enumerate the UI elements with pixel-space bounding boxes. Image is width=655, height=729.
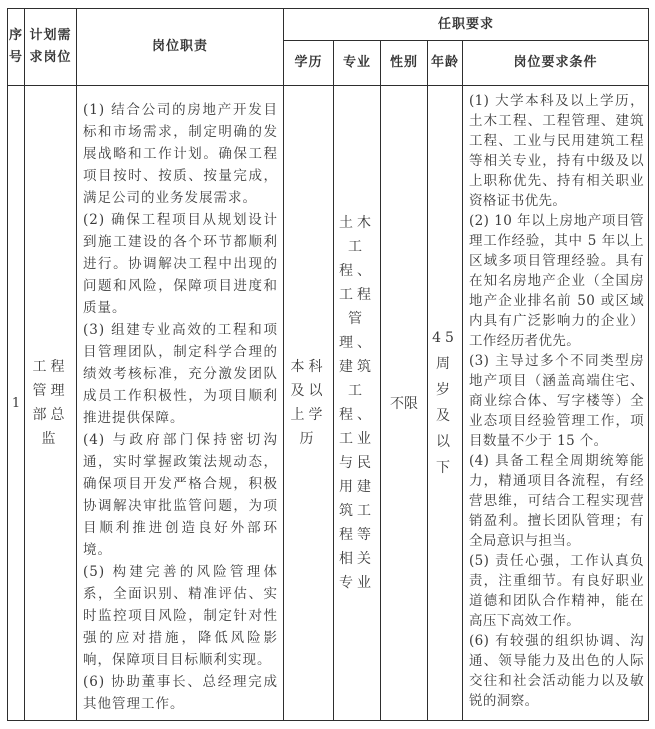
duty-item-5: (5) 构建完善的风险管理体系，全面识别、精准评估、实时监控项目风险，制定针对性… bbox=[83, 561, 278, 671]
condition-item-5: (5) 责任心强，工作认真负责，注重细节。有良好职业道德和团队合作精神，能在高压… bbox=[469, 551, 644, 631]
header-duties: 岗位职责 bbox=[77, 9, 284, 86]
cell-serial-number: 1 bbox=[8, 86, 25, 721]
cell-age: 45周岁及以下 bbox=[428, 86, 463, 721]
header-education: 学历 bbox=[284, 41, 334, 86]
duty-item-4: (4) 与政府部门保持密切沟通，实时掌握政策法规动态，确保项目开发严格合规，积极… bbox=[83, 429, 278, 561]
duty-item-1: (1) 结合公司的房地产开发目标和市场需求，制定明确的发展战略和工作计划。确保工… bbox=[83, 99, 278, 209]
header-serial: 序号 bbox=[8, 9, 25, 86]
table-row: 1 工程管理部总监 (1) 结合公司的房地产开发目标和市场需求，制定明确的发展战… bbox=[8, 86, 649, 721]
condition-item-3: (3) 主导过多个不同类型房地产项目（涵盖高端住宅、商业综合体、写字楼等）全业态… bbox=[469, 351, 644, 451]
condition-item-1: (1) 大学本科及以上学历，土木工程、工程管理、建筑工程、工业与民用建筑工程等相… bbox=[469, 91, 644, 211]
cell-job-duties: (1) 结合公司的房地产开发目标和市场需求，制定明确的发展战略和工作计划。确保工… bbox=[77, 86, 284, 721]
document-page: 序号 计划需求岗位 岗位职责 任职要求 学历 专业 性别 年龄 岗位要求条件 1… bbox=[0, 0, 655, 729]
header-position: 计划需求岗位 bbox=[25, 9, 77, 86]
condition-item-6: (6) 有较强的组织协调、沟通、领导能力及出色的人际交往和社会活动能力以及敏锐的… bbox=[469, 631, 644, 711]
duty-item-3: (3) 组建专业高效的工程和项目管理团队，制定科学合理的绩效考核标准，充分激发团… bbox=[83, 319, 278, 429]
condition-item-4: (4) 具备工程全周期统筹能力，精通项目各流程，有经营思维，可结合工程实现营销盈… bbox=[469, 451, 644, 551]
cell-gender: 不限 bbox=[381, 86, 428, 721]
condition-item-2: (2) 10 年以上房地产项目管理工作经验，其中 5 年以上区域多项目管理经验。… bbox=[469, 211, 644, 351]
cell-position-name: 工程管理部总监 bbox=[25, 86, 77, 721]
cell-education: 本科及以上学历 bbox=[284, 86, 334, 721]
header-requirements-group: 任职要求 bbox=[284, 9, 649, 41]
cell-requirement-conditions: (1) 大学本科及以上学历，土木工程、工程管理、建筑工程、工业与民用建筑工程等相… bbox=[463, 86, 649, 721]
header-age: 年龄 bbox=[428, 41, 463, 86]
cell-major: 土木工程、工程管理、建筑工程、工业与民用建筑工程等相关专业 bbox=[334, 86, 381, 721]
header-gender: 性别 bbox=[381, 41, 428, 86]
header-major: 专业 bbox=[334, 41, 381, 86]
duty-item-6: (6) 协助董事长、总经理完成其他管理工作。 bbox=[83, 671, 278, 715]
recruitment-table: 序号 计划需求岗位 岗位职责 任职要求 学历 专业 性别 年龄 岗位要求条件 1… bbox=[7, 8, 649, 721]
duty-item-2: (2) 确保工程项目从规划设计到施工建设的各个环节都顺利进行。协调解决工程中出现… bbox=[83, 209, 278, 319]
header-conditions: 岗位要求条件 bbox=[463, 41, 649, 86]
